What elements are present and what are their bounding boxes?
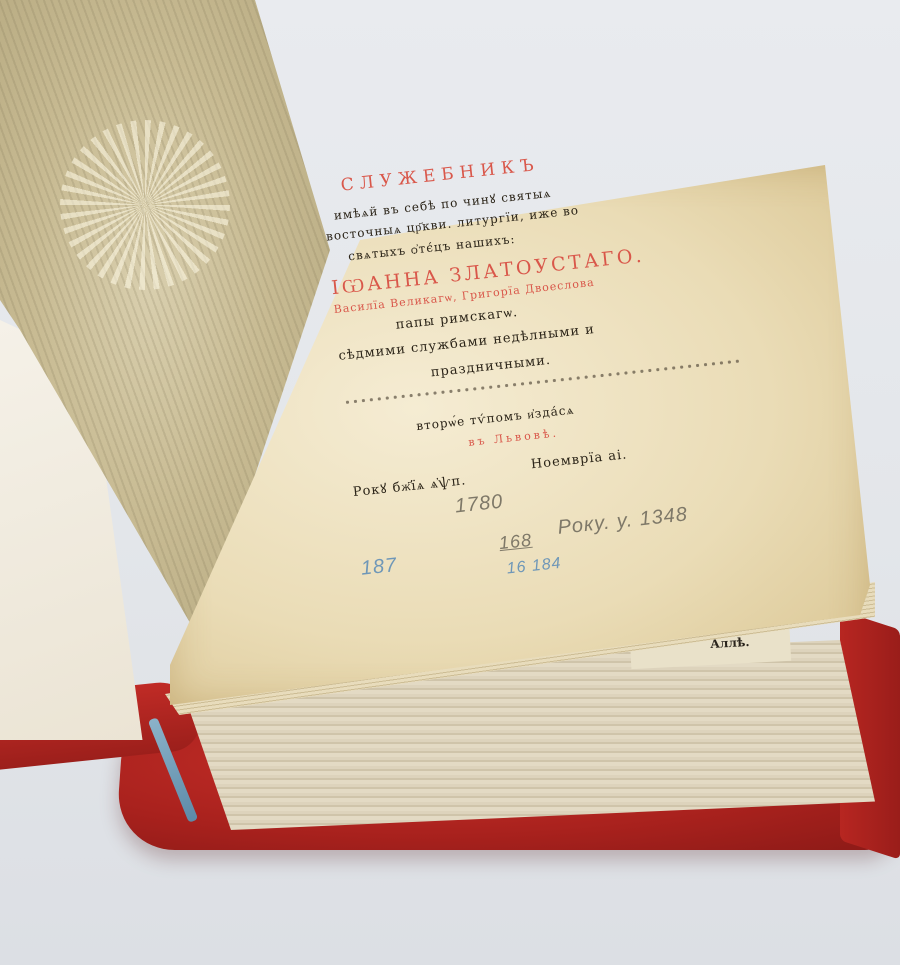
blue-fraction-bottom: 16 184 (506, 555, 563, 579)
pencil-year: 1780 (454, 491, 505, 519)
pencil-fraction-top: 168 (498, 530, 533, 554)
title-page-text: СЛУЖЕБНИКЪ имѣѧй въ себѣ по чинꙋ святыѧ … (300, 136, 762, 598)
title-line-11: въ Львовѣ. (468, 426, 560, 448)
pencil-roku-note: Року. у. 1348 (557, 503, 689, 540)
title-line-13: Ноемврїа аі. (530, 447, 628, 472)
title-line-7: папы римскагѡ. (395, 304, 519, 333)
title-line-12: Рокꙋ бж҃їѧ ѧ҆ѱп. (352, 470, 467, 500)
book-photo: Аллѣ. СЛУЖЕБНИКЪ имѣѧй въ себѣ по чинꙋ с… (0, 0, 900, 965)
title-line-9: праздничными. (430, 353, 552, 381)
blue-pencil-number: 187 (360, 554, 399, 581)
title-line-8: сѣдмими службами недѣлными и (338, 322, 596, 364)
